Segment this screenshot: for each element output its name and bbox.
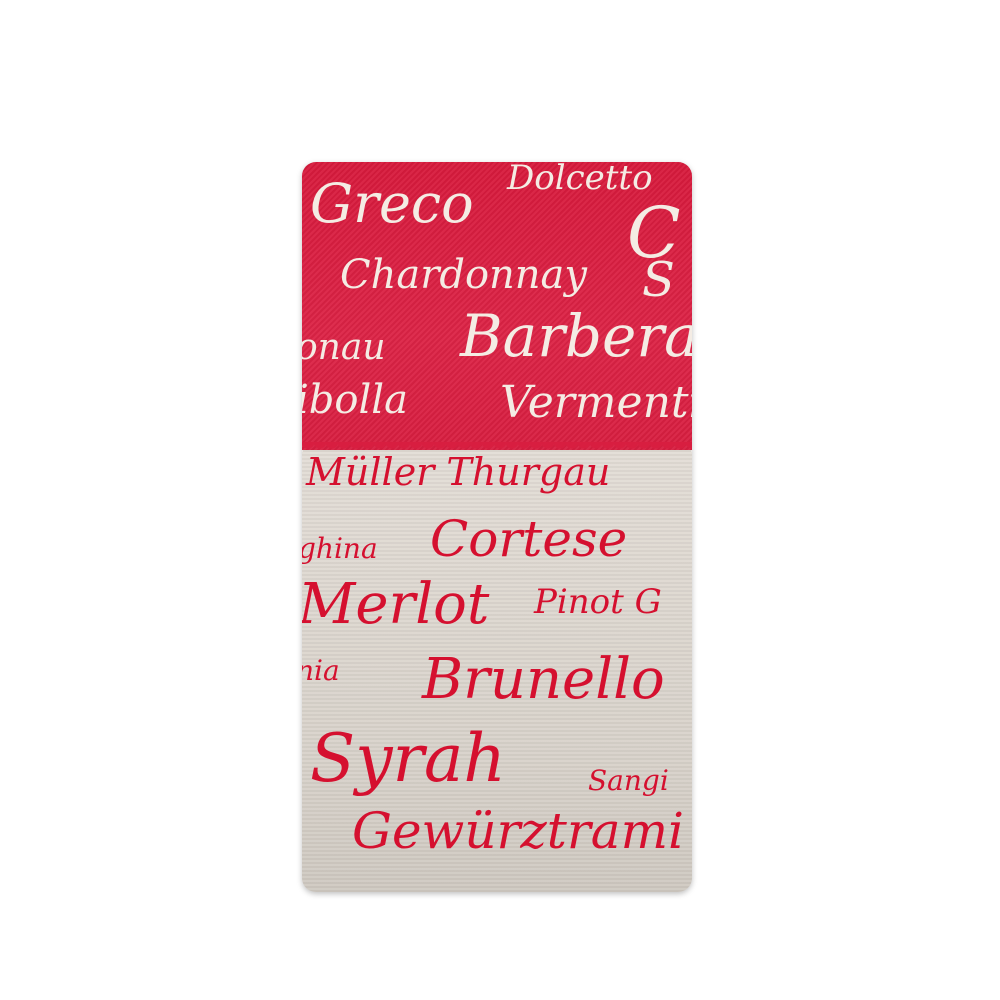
red-top-band: Greco Dolcetto C Chardonnay S onau Barbe… [302, 162, 692, 450]
wine-word: Greco [310, 172, 474, 235]
cream-bottom-band: Müller Thurgau ghina Cortese Merlot Pino… [302, 452, 692, 892]
wine-word: Sangi [588, 764, 669, 797]
wine-word: onau [302, 327, 386, 368]
wine-word: ghina [302, 532, 378, 565]
wine-word: Merlot [302, 572, 489, 637]
napkin-pack: Greco Dolcetto C Chardonnay S onau Barbe… [302, 162, 692, 892]
wine-word: ibolla [302, 377, 408, 423]
wine-word: Chardonnay [340, 252, 587, 298]
wine-word: Barbera [460, 302, 692, 370]
wine-word: Gewürztrami [352, 802, 684, 860]
wine-word: Pinot G [534, 582, 662, 622]
wine-word: nia [302, 654, 340, 687]
wine-word: Brunello [422, 647, 665, 712]
wine-word: Syrah [310, 720, 506, 797]
wine-word: S [642, 252, 675, 308]
wine-word: Müller Thurgau [306, 450, 610, 494]
wine-word: Vermentino [500, 377, 692, 428]
wine-word: Cortese [430, 510, 627, 568]
